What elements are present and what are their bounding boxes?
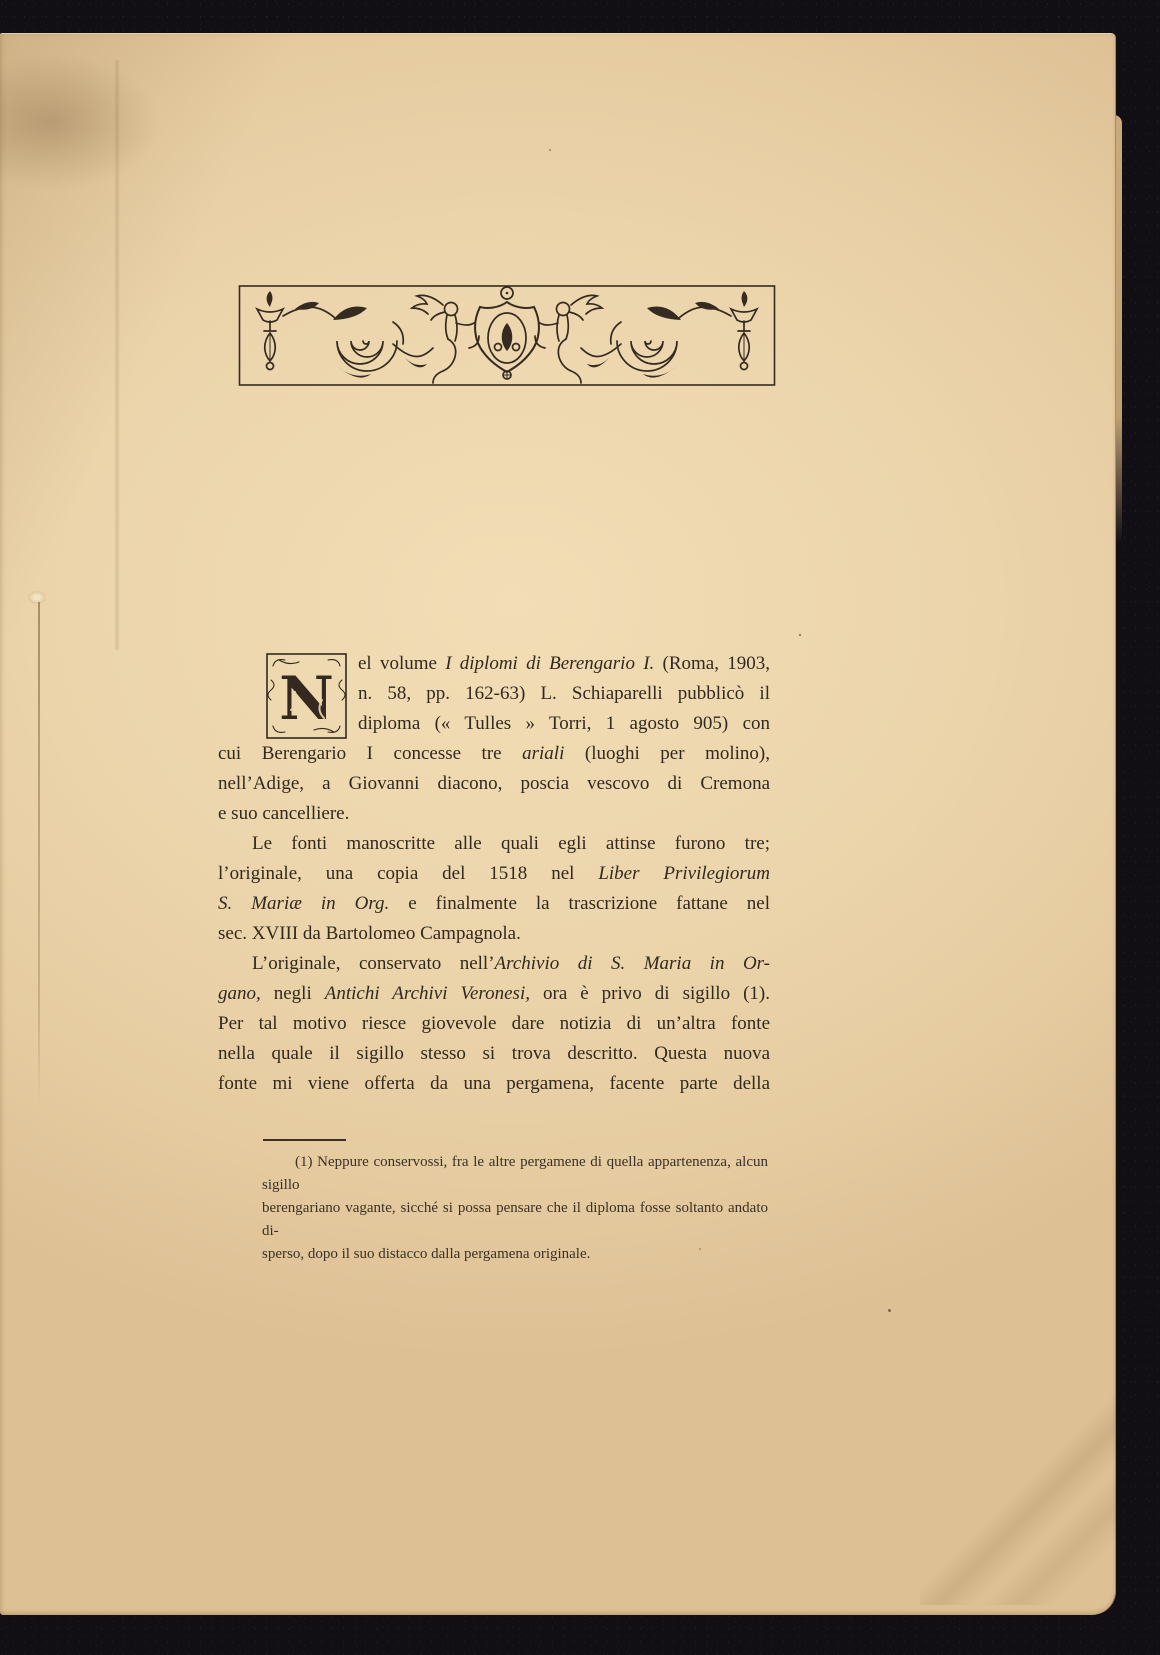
text-line: el volume I diplomi di Berengario I. (Ro… — [358, 649, 770, 679]
paper-speck — [549, 149, 551, 151]
footnote-rule — [263, 1139, 346, 1141]
binding-stitch-knot — [28, 591, 46, 604]
text-line: Per tal motivo riesce giovevole dare not… — [218, 1009, 770, 1039]
text-segment: Per tal motivo riesce giovevole dare not… — [218, 1013, 770, 1034]
text-line: e suo cancelliere. — [218, 799, 770, 829]
text-line: nell’Adige, a Giovanni diacono, poscia v… — [218, 769, 770, 799]
italic-text-segment: ariali — [522, 743, 564, 764]
text-line: berengariano vagante, sicché si possa pe… — [262, 1197, 768, 1243]
text-line: diploma (« Tulles » Torri, 1 agosto 905)… — [358, 709, 770, 739]
text-segment: fonte mi viene offerta da una pergamena,… — [218, 1073, 770, 1094]
text-segment: cui Berengario I concesse tre — [218, 743, 522, 764]
text-segment: sperso, dopo il suo distacco dalla perga… — [262, 1246, 590, 1262]
text-line: sperso, dopo il suo distacco dalla perga… — [262, 1243, 768, 1266]
text-segment: ora è privo di sigillo (1). — [530, 983, 770, 1004]
text-segment: nell’Adige, a Giovanni diacono, poscia v… — [218, 773, 770, 794]
text-segment: l’originale, una copia del 1518 nel — [218, 863, 598, 884]
text-segment: negli — [261, 983, 325, 1004]
headpiece-engraving-icon — [237, 278, 777, 392]
paper-speck — [799, 634, 801, 636]
text-segment: e finalmente la trascrizione fattane nel — [389, 893, 770, 914]
italic-text-segment: gano, — [218, 983, 261, 1004]
text-segment: el volume — [358, 653, 445, 674]
footnote: (1) Neppure conservossi, fra le altre pe… — [262, 1151, 768, 1266]
text-line: Le fonti manoscritte alle quali egli att… — [218, 829, 770, 859]
text-line: (1) Neppure conservossi, fra le altre pe… — [262, 1151, 768, 1197]
italic-text-segment: Antichi Archivi Veronesi, — [325, 983, 530, 1004]
text-segment: berengariano vagante, sicché si possa pe… — [262, 1200, 768, 1239]
paper-speck — [888, 1309, 891, 1312]
body-text: N el volume I diplomi di Berengario I. (… — [218, 649, 770, 1099]
drop-cap-letter: N — [279, 664, 334, 734]
text-segment: Le fonti manoscritte alle quali egli att… — [252, 833, 770, 854]
photographed-book-spread: N el volume I diplomi di Berengario I. (… — [0, 0, 1160, 1655]
italic-text-segment: S. Mariæ in Org. — [218, 893, 389, 914]
binding-stitch-thread — [38, 602, 40, 1107]
text-line: fonte mi viene offerta da una pergamena,… — [218, 1069, 770, 1099]
text-segment: (luoghi per molino), — [564, 743, 770, 764]
italic-text-segment: Liber Privilegiorum — [598, 863, 770, 884]
italic-text-segment: Archivio di S. Maria in Or- — [495, 953, 770, 974]
text-segment: (1) Neppure conservossi, fra le altre pe… — [262, 1154, 768, 1193]
text-line: cui Berengario I concesse tre ariali (lu… — [218, 739, 770, 769]
text-segment: nella quale il sigillo stesso si trova d… — [218, 1043, 770, 1064]
text-segment: n. 58, pp. 162-63) L. Schiaparelli pubbl… — [358, 683, 770, 704]
text-line: nella quale il sigillo stesso si trova d… — [218, 1039, 770, 1069]
text-line: gano, negli Antichi Archivi Veronesi, or… — [218, 979, 770, 1009]
text-line: sec. XVIII da Bartolomeo Campagnola. — [218, 919, 770, 949]
text-line: S. Mariæ in Org. e finalmente la trascri… — [218, 889, 770, 919]
text-segment: sec. XVIII da Bartolomeo Campagnola. — [218, 923, 521, 944]
drop-cap-initial: N — [265, 652, 348, 740]
text-segment: L’originale, conservato nell’ — [252, 953, 495, 974]
text-line: L’originale, conservato nell’Archivio di… — [218, 949, 770, 979]
text-segment: (Roma, 1903, — [654, 653, 770, 674]
text-segment: e suo cancelliere. — [218, 803, 349, 824]
text-segment: diploma (« Tulles » Torri, 1 agosto 905)… — [358, 713, 770, 734]
text-line: l’originale, una copia del 1518 nel Libe… — [218, 859, 770, 889]
text-line: n. 58, pp. 162-63) L. Schiaparelli pubbl… — [358, 679, 770, 709]
italic-text-segment: I diplomi di Berengario I. — [445, 653, 654, 674]
